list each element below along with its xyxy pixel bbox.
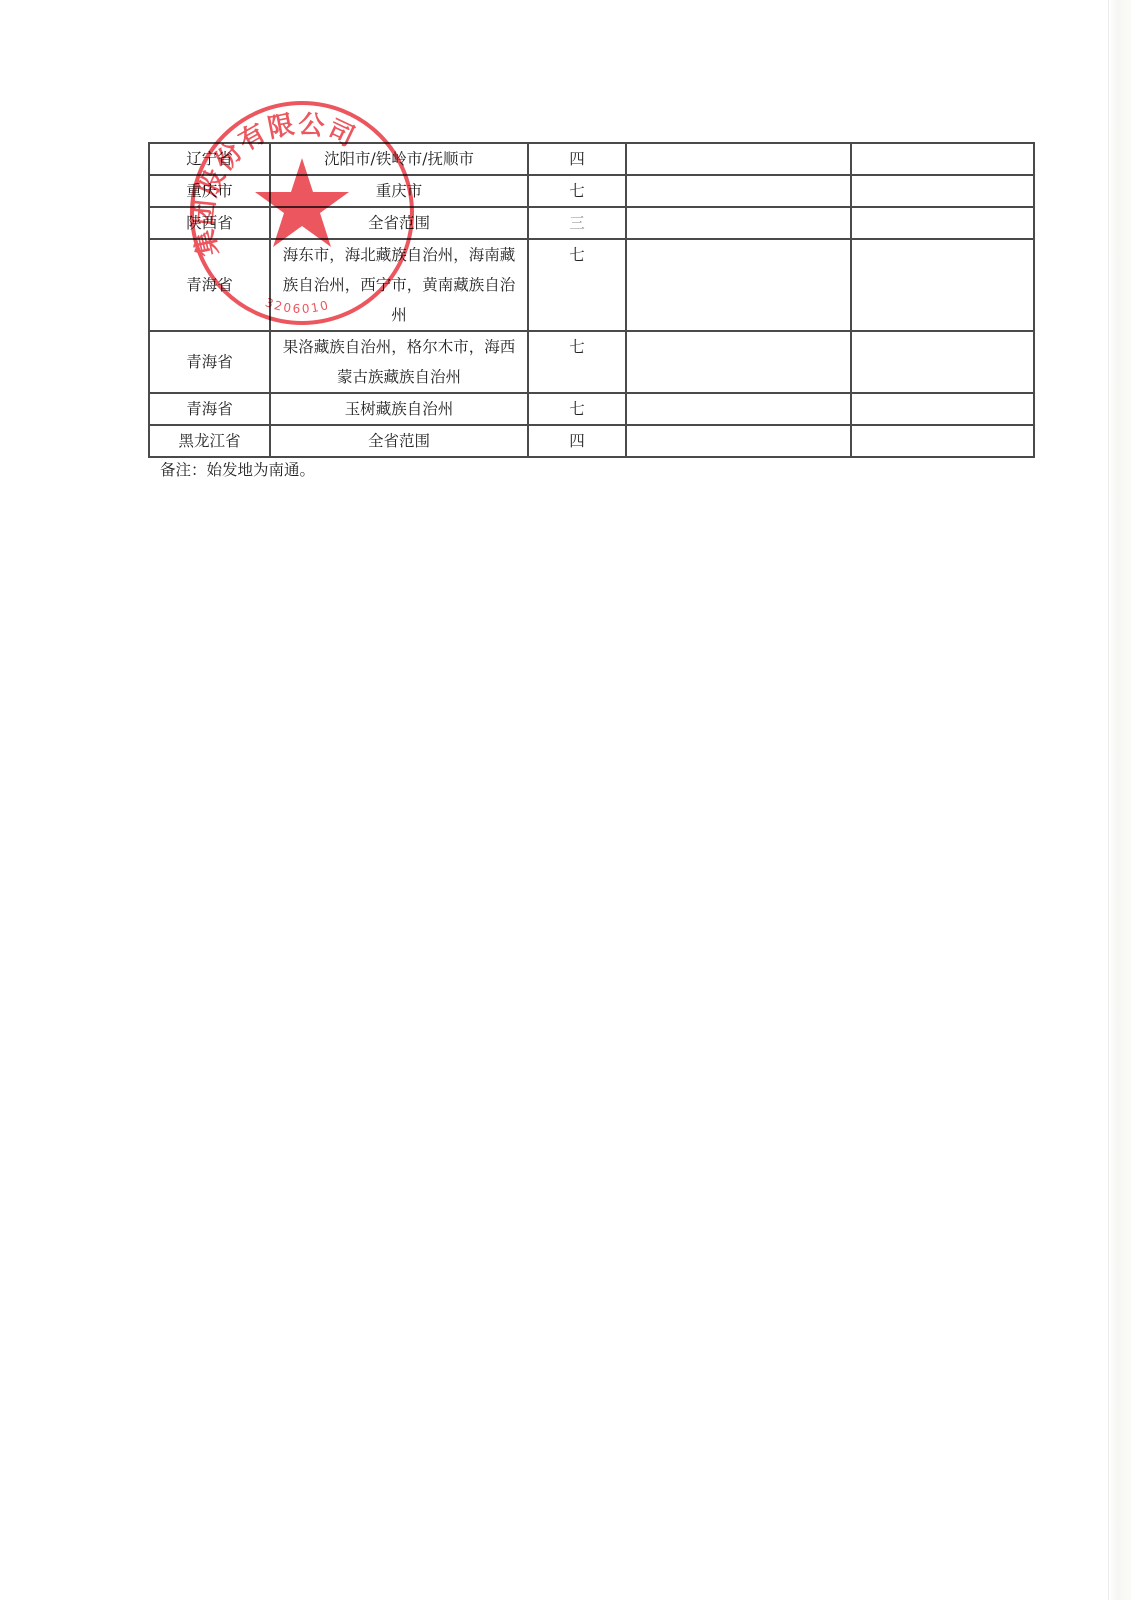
- empty-cell: [626, 239, 851, 331]
- empty-cell: [626, 207, 851, 239]
- empty-cell: [626, 175, 851, 207]
- empty-cell: [851, 175, 1034, 207]
- table-row: 重庆市 重庆市 七: [149, 175, 1034, 207]
- grade-cell: 七: [528, 239, 626, 331]
- region-cell: 全省范围: [270, 425, 528, 457]
- grade-cell: 四: [528, 425, 626, 457]
- table-row: 陕西省 全省范围 三: [149, 207, 1034, 239]
- empty-cell: [626, 393, 851, 425]
- grade-cell: 七: [528, 331, 626, 393]
- empty-cell: [851, 143, 1034, 175]
- province-cell: 青海省: [149, 393, 270, 425]
- province-cell: 青海省: [149, 239, 270, 331]
- empty-cell: [626, 331, 851, 393]
- shipping-rate-table: 辽宁省 沈阳市/铁岭市/抚顺市 四 重庆市 重庆市 七 陕西省 全省范围 三 青…: [148, 142, 1035, 458]
- footnote: 备注：始发地为南通。: [160, 458, 315, 480]
- empty-cell: [851, 239, 1034, 331]
- empty-cell: [851, 425, 1034, 457]
- table-row: 辽宁省 沈阳市/铁岭市/抚顺市 四: [149, 143, 1034, 175]
- empty-cell: [851, 207, 1034, 239]
- table-row: 青海省 果洛藏族自治州，格尔木市，海西蒙古族藏族自治州 七: [149, 331, 1034, 393]
- province-cell: 陕西省: [149, 207, 270, 239]
- region-cell: 沈阳市/铁岭市/抚顺市: [270, 143, 528, 175]
- table-row: 黑龙江省 全省范围 四: [149, 425, 1034, 457]
- region-cell: 重庆市: [270, 175, 528, 207]
- province-cell: 青海省: [149, 331, 270, 393]
- province-cell: 重庆市: [149, 175, 270, 207]
- empty-cell: [851, 331, 1034, 393]
- table-row: 青海省 玉树藏族自治州 七: [149, 393, 1034, 425]
- region-cell: 海东市，海北藏族自治州，海南藏族自治州，西宁市，黄南藏族自治州: [270, 239, 528, 331]
- empty-cell: [851, 393, 1034, 425]
- province-cell: 辽宁省: [149, 143, 270, 175]
- grade-cell: 七: [528, 175, 626, 207]
- grade-cell: 四: [528, 143, 626, 175]
- empty-cell: [626, 143, 851, 175]
- scanned-page-edge: [1108, 0, 1131, 1600]
- table-row: 青海省 海东市，海北藏族自治州，海南藏族自治州，西宁市，黄南藏族自治州 七: [149, 239, 1034, 331]
- province-cell: 黑龙江省: [149, 425, 270, 457]
- empty-cell: [626, 425, 851, 457]
- region-cell: 果洛藏族自治州，格尔木市，海西蒙古族藏族自治州: [270, 331, 528, 393]
- grade-cell: 七: [528, 393, 626, 425]
- region-cell: 玉树藏族自治州: [270, 393, 528, 425]
- grade-cell: 三: [528, 207, 626, 239]
- region-cell: 全省范围: [270, 207, 528, 239]
